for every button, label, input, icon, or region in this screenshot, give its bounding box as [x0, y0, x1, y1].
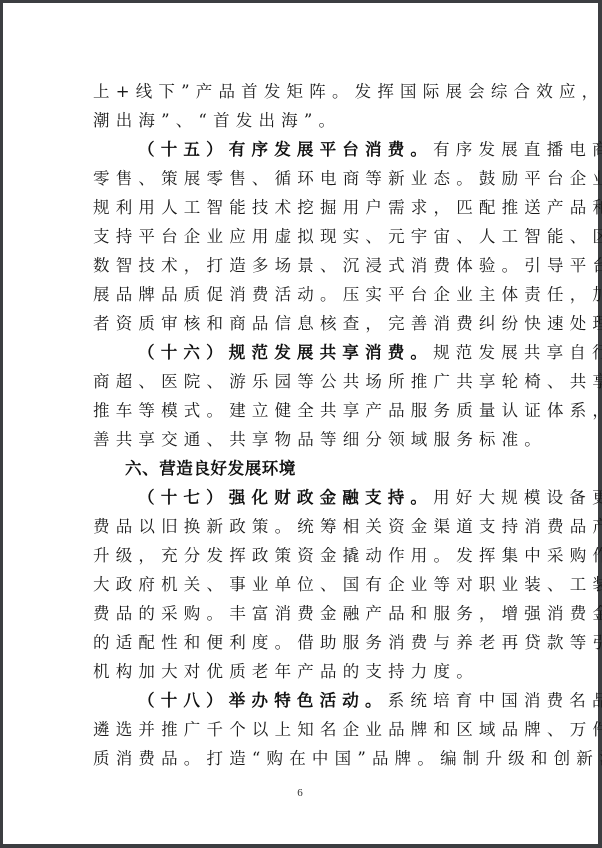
section-15-title: （十五）有序发展平台消费。	[138, 140, 433, 159]
section-16-start: （十六）规范发展共享消费。规范发展共享自行车，在	[138, 338, 568, 367]
text-line: 商超、医院、游乐园等公共场所推广共享轮椅、共享婴幼儿	[93, 367, 523, 396]
section-18-start: （十八）举办特色活动。系统培育中国消费名品方阵，	[138, 686, 568, 715]
text-line: 推车等模式。建立健全共享产品服务质量认证体系，加快完	[93, 396, 523, 425]
text-line: 质消费品。打造“购在中国”品牌。编制升级和创新消费品	[93, 744, 523, 773]
text-line: 零售、策展零售、循环电商等新业态。鼓励平台企业依法合	[93, 164, 523, 193]
text-line: 费品的采购。丰富消费金融产品和服务，增强消费金融服务	[93, 599, 523, 628]
text-line: 潮出海”、“首发出海”。	[93, 106, 523, 135]
document-page: 上+线下”产品首发矩阵。发挥国际展会综合效应，推动“国 潮出海”、“首发出海”。…	[3, 3, 598, 844]
section-17-start: （十七）强化财政金融支持。用好大规模设备更新和消	[138, 483, 568, 512]
text-line: 大政府机关、事业单位、国有企业等对职业装、工装鞋等消	[93, 570, 523, 599]
text-line: 规利用人工智能技术挖掘用户需求，匹配推送产品和服务。	[93, 193, 523, 222]
text-line: 的适配性和便利度。借助服务消费与养老再贷款等引导金融	[93, 628, 523, 657]
section-15-start: （十五）有序发展平台消费。有序发展直播电商、即时	[138, 135, 568, 164]
section-heading: 六、营造良好发展环境	[125, 454, 555, 483]
text-line: 上+线下”产品首发矩阵。发挥国际展会综合效应，推动“国	[93, 77, 523, 106]
text-line: 支持平台企业应用虚拟现实、元宇宙、人工智能、区块链等	[93, 222, 523, 251]
text-line: 者资质审核和商品信息核查，完善消费纠纷快速处理机制。	[93, 309, 523, 338]
text-line: 展品牌品质促消费活动。压实平台企业主体责任，加强经营	[93, 280, 523, 309]
text-line: 遴选并推广千个以上知名企业品牌和区域品牌、万件以上优	[93, 715, 523, 744]
section-18-title: （十八）举办特色活动。	[138, 691, 388, 710]
text-line: 数智技术，打造多场景、沉浸式消费体验。引导平台企业开	[93, 251, 523, 280]
text-line: 善共享交通、共享物品等细分领域服务标准。	[93, 425, 523, 454]
text-line: 升级，充分发挥政策资金撬动作用。发挥集中采购作用，扩	[93, 541, 523, 570]
section-17-title: （十七）强化财政金融支持。	[138, 488, 433, 507]
text-line: 费品以旧换新政策。统筹相关资金渠道支持消费品产业提质	[93, 512, 523, 541]
page-number: 6	[293, 787, 307, 799]
section-16-title: （十六）规范发展共享消费。	[138, 343, 433, 362]
text-line: 机构加大对优质老年产品的支持力度。	[93, 657, 523, 686]
